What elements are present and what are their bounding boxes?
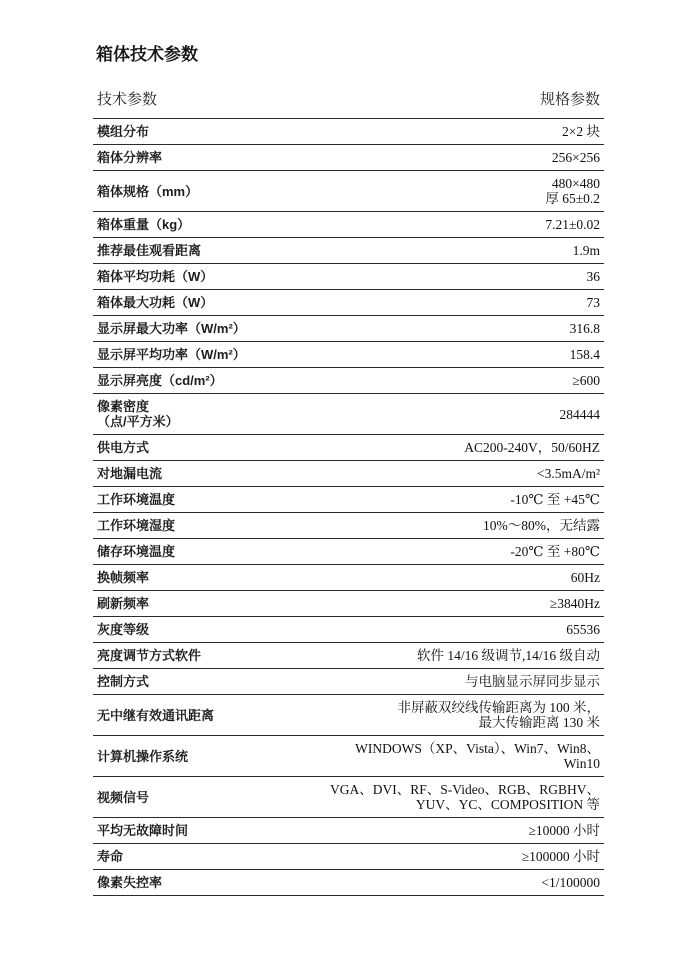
row-label: 显示屏最大功率（W/m²） [97,321,246,336]
table-row: 灰度等级65536 [93,617,604,643]
row-value: 65536 [163,622,600,637]
table-row: 推荐最佳观看距离1.9m [93,238,604,264]
row-value: 158.4 [260,347,600,362]
row-label: 箱体平均功耗（W） [97,269,213,284]
row-value: -10℃ 至 +45℃ [189,492,600,507]
column-header-spec: 规格参数 [540,88,600,109]
row-value: 316.8 [260,321,600,336]
table-body: 模组分布2×2 块箱体分辨率256×256箱体规格（mm）480×480 厚 6… [93,119,604,896]
table-row: 换帧频率60Hz [93,565,604,591]
row-value: 7.21±0.02 [204,217,600,232]
row-value: 284444 [193,407,600,422]
row-value: WINDOWS（XP、Vista）、Win7、Win8、 Win10 [202,741,600,771]
row-value: -20℃ 至 +80℃ [189,544,600,559]
page-title: 箱体技术参数 [96,40,198,65]
spec-table: 技术参数 规格参数 模组分布2×2 块箱体分辨率256×256箱体规格（mm）4… [93,86,604,896]
table-row: 供电方式AC200-240V，50/60HZ [93,435,604,461]
row-value: AC200-240V，50/60HZ [163,440,600,455]
row-label: 像素失控率 [97,875,162,890]
row-value: 软件 14/16 级调节,14/16 级自动 [215,648,600,663]
row-label: 无中继有效通讯距离 [97,708,214,723]
table-row: 对地漏电流<3.5mA/m² [93,461,604,487]
row-label: 供电方式 [97,440,149,455]
table-row: 箱体平均功耗（W）36 [93,264,604,290]
column-header-parameter: 技术参数 [97,88,157,109]
table-row: 像素失控率<1/100000 [93,870,604,896]
row-label: 控制方式 [97,674,149,689]
table-row: 平均无故障时间≥10000 小时 [93,818,604,844]
row-label: 工作环境湿度 [97,518,175,533]
row-value: <1/100000 [176,875,600,890]
row-value: 73 [227,295,600,310]
table-row: 模组分布2×2 块 [93,119,604,145]
table-row: 亮度调节方式软件软件 14/16 级调节,14/16 级自动 [93,643,604,669]
row-value: ≥600 [237,373,600,388]
row-value: 36 [227,269,600,284]
row-value: ≥10000 小时 [202,823,600,838]
row-label: 换帧频率 [97,570,149,585]
row-label: 亮度调节方式软件 [97,648,201,663]
table-row: 控制方式与电脑显示屏同步显示 [93,669,604,695]
table-row: 像素密度 （点/平方米）284444 [93,394,604,435]
row-label: 寿命 [97,849,123,864]
table-row: 寿命≥100000 小时 [93,844,604,870]
row-value: 与电脑显示屏同步显示 [163,674,600,689]
table-row: 箱体最大功耗（W）73 [93,290,604,316]
table-row: 工作环境温度-10℃ 至 +45℃ [93,487,604,513]
table-header-row: 技术参数 规格参数 [93,86,604,119]
row-label: 推荐最佳观看距离 [97,243,201,258]
row-value: VGA、DVI、RF、S-Video、RGB、RGBHV、 YUV、YC、COM… [163,782,600,812]
table-row: 无中继有效通讯距离非屏蔽双绞线传输距离为 100 米， 最大传输距离 130 米 [93,695,604,736]
row-label: 模组分布 [97,124,149,139]
row-label: 箱体重量（kg） [97,217,190,232]
row-label: 像素密度 （点/平方米） [97,399,179,429]
row-value: ≥100000 小时 [137,849,600,864]
row-value: 60Hz [163,570,600,585]
document-page: 箱体技术参数 技术参数 规格参数 模组分布2×2 块箱体分辨率256×256箱体… [0,0,700,961]
table-row: 显示屏平均功率（W/m²）158.4 [93,342,604,368]
row-value: <3.5mA/m² [176,466,600,481]
table-row: 刷新频率≥3840Hz [93,591,604,617]
table-row: 箱体分辨率256×256 [93,145,604,171]
table-row: 显示屏最大功率（W/m²）316.8 [93,316,604,342]
row-label: 计算机操作系统 [97,749,188,764]
table-row: 视频信号VGA、DVI、RF、S-Video、RGB、RGBHV、 YUV、YC… [93,777,604,818]
row-label: 灰度等级 [97,622,149,637]
table-row: 显示屏亮度（cd/m²）≥600 [93,368,604,394]
row-label: 箱体最大功耗（W） [97,295,213,310]
row-label: 平均无故障时间 [97,823,188,838]
row-label: 刷新频率 [97,596,149,611]
row-value: ≥3840Hz [163,596,600,611]
row-label: 显示屏平均功率（W/m²） [97,347,246,362]
row-value: 10%～80%，无结露 [189,518,600,533]
table-row: 箱体重量（kg）7.21±0.02 [93,212,604,238]
table-row: 计算机操作系统WINDOWS（XP、Vista）、Win7、Win8、 Win1… [93,736,604,777]
row-value: 2×2 块 [163,124,600,139]
row-label: 对地漏电流 [97,466,162,481]
row-value: 非屏蔽双绞线传输距离为 100 米， 最大传输距离 130 米 [228,700,600,730]
row-label: 视频信号 [97,790,149,805]
row-value: 1.9m [215,243,600,258]
table-row: 箱体规格（mm）480×480 厚 65±0.2 [93,171,604,212]
row-label: 箱体分辨率 [97,150,162,165]
row-label: 储存环境温度 [97,544,175,559]
row-label: 箱体规格（mm） [97,184,198,199]
table-row: 储存环境温度-20℃ 至 +80℃ [93,539,604,565]
row-label: 工作环境温度 [97,492,175,507]
table-row: 工作环境湿度10%～80%，无结露 [93,513,604,539]
row-value: 480×480 厚 65±0.2 [212,176,600,206]
row-label: 显示屏亮度（cd/m²） [97,373,223,388]
row-value: 256×256 [176,150,600,165]
